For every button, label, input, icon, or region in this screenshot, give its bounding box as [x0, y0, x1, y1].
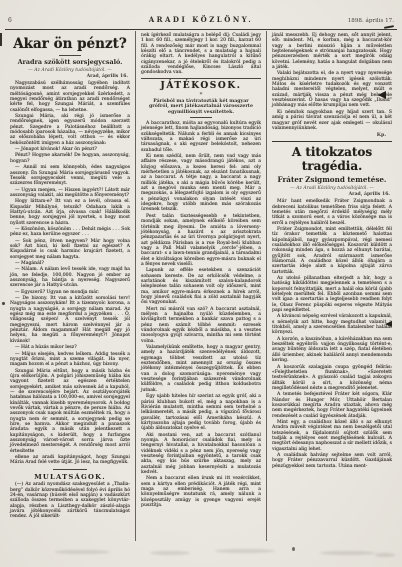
article-body: A baccarathoz, mióta az egyvonalú kultúr…	[141, 121, 261, 508]
article-end-rule	[53, 469, 87, 470]
paragraph: Lapunk az efféle esetekben a szenzációt …	[141, 268, 261, 305]
article-dateline: Arad, április 16.	[272, 192, 390, 197]
article-headline: JÁTÉKOSOK.	[141, 81, 261, 91]
scan-smudge	[320, 551, 375, 555]
page-header: 6 ARADI KÖZLÖNY. 1898. április 17.	[8, 15, 394, 24]
section-body: (—) Az aradi nyomdász szakegyesület a „T…	[10, 482, 130, 519]
paragraph: Nem a baccarat ellen írunk mi itt vezérc…	[141, 476, 261, 508]
paragraph: Egy ujabb hiteles hír szerint az egyik g…	[141, 394, 261, 431]
scan-smudge	[150, 551, 190, 555]
article-signature: Kp.	[272, 132, 392, 138]
article-dateline: Arad, április 16.	[10, 74, 128, 79]
article-headline: Akar ön pénzt?	[10, 36, 130, 52]
column-3: jánál messzebb. Ej dehogy nem, sőt annyi…	[266, 31, 397, 541]
paragraph: — Annál mi sem könnyebb, édes nagyságos …	[10, 165, 130, 186]
paragraph: — Sok pénz, ötven negyven? Már hogy voln…	[10, 239, 130, 260]
paragraph: Pest talán tisztességesebb e tekintetben…	[141, 214, 261, 267]
article-money-swindler: Akar ön pénzt? Aradra szökött sorsjegycs…	[10, 36, 130, 466]
scan-artifact-speck	[292, 547, 295, 551]
paragraph: A korzón, a kaszinóban, a kávéházakban m…	[272, 337, 392, 364]
newspaper-title: ARADI KÖZLÖNY.	[68, 15, 334, 24]
paragraph: — Jónapot kívánok! Akar ön pénzt?	[10, 147, 130, 152]
paragraph: (—) Az aradi nyomdász szakegyesület a „T…	[10, 482, 130, 519]
scan-smudge	[215, 549, 275, 553]
paragraph: Aki mostani ven, azt a baccarat szótlanu…	[141, 433, 261, 476]
article-headline: A titokzatos tragédia.	[272, 145, 392, 173]
section-rule-thick	[272, 141, 392, 142]
article-subtitle: Fráter Zsigmond temetése.	[272, 175, 392, 184]
scan-artifact-dot	[2, 302, 5, 305]
paragraph: A temetés befejeztével Fráter két sógora…	[272, 392, 392, 419]
lead-divider	[190, 117, 212, 118]
scan-artifact-triangle	[378, 91, 386, 99]
paragraph: Az utolsó pillanatban elterjedt a hír, h…	[272, 276, 392, 313]
events-continuation: nek ígérkező mulatságra a belépő díj: Cs…	[141, 33, 261, 76]
gamblers-continuation: jánál messzebb. Ej dehogy nem, sőt annyi…	[272, 33, 392, 131]
paragraph: Mert mi másról van szó? A baccarat aszta…	[141, 307, 261, 344]
paragraph: Már hant emelkedik Fráter Zsigmondnak a …	[272, 199, 392, 226]
article-subtitle: Aradra szökött sorsjegycsaló.	[10, 58, 130, 66]
paragraph: nek ígérkező mulatságra a belépő díj: Cs…	[141, 33, 261, 76]
scan-smudge	[375, 553, 395, 557]
paragraph: Mint egy, a családhoz közel álló s az el…	[272, 420, 392, 452]
paragraph: Nagyszabású szélhámosság ügyében indítot…	[10, 81, 130, 113]
paragraph: A családnak halvány sejtelme sem volt ar…	[272, 453, 392, 469]
paragraph: jánál messzebb. Ej dehogy nem, sőt annyi…	[272, 33, 392, 70]
paragraph: — Hát a húzás mikor lesz?	[10, 345, 130, 350]
paragraph: — Nálam. A nálam levő tessék ide, vagy m…	[10, 267, 130, 288]
page-number: 6	[8, 17, 68, 24]
scan-artifact-edge-bar	[0, 33, 2, 46]
paragraph: — De bizony. Itt van a kitűzött sorsolás…	[10, 296, 130, 344]
article-byline: — Az Aradi Közlöny tudósítójától. —	[272, 186, 392, 191]
paragraph: Valamelyikünk említette, hogy a magyar g…	[141, 345, 261, 393]
star-ornament: *	[141, 92, 261, 98]
article-byline: — Az Aradi Közlöny tudósítójától. —	[10, 68, 130, 73]
newspaper-page: 6 ARADI KÖZLÖNY. 1898. április 17. Akar …	[0, 0, 402, 567]
scan-smudge	[55, 550, 110, 554]
paragraph: — Magánál?	[10, 261, 130, 266]
header-rule	[5, 29, 397, 30]
paragraph: Hogy láttam-e? Itt van ez a levél, olvas…	[10, 199, 130, 226]
issue-date: 1898. április 17.	[334, 18, 394, 24]
article-tragedy: A titokzatos tragédia. Fráter Zsigmond t…	[272, 145, 392, 469]
paragraph: — Ugyan menjen, — Hiszen ingyért?! Látot…	[10, 188, 130, 199]
article-body: Már hant emelkedik Fráter Zsigmondnak a …	[272, 199, 392, 469]
paragraph: A kíváncsi népség ezrével várakozott a k…	[272, 314, 392, 335]
headline-divider	[59, 55, 81, 56]
columns: Akar ön pénzt? Aradra szökött sorsjegycs…	[5, 31, 397, 541]
scan-artifact-triangle	[385, 321, 392, 327]
paragraph: A koszorúk szalagjain csupa gyöngéd felí…	[272, 365, 392, 392]
article-body: Nagyszabású szélhámosság ügyében indítot…	[10, 81, 130, 466]
paragraph: — Május elsején, kedves lelkem. Addig te…	[10, 352, 130, 368]
paragraph: Ki némítok nagyokban egy híjad szert tan…	[272, 110, 392, 131]
column-2: nek ígérkező mulatságra a belépő díj: Cs…	[135, 31, 266, 541]
paragraph: Ki nem szédül, nem őrült, nem vad vagy m…	[141, 154, 261, 213]
paragraph: Pénzt? Hogyne akarnék! De hogyan, asszon…	[10, 153, 130, 164]
section-heading: MULATSÁGOK.	[10, 473, 130, 481]
article-gamblers: JÁTÉKOSOK. * Párisból ma táviratozták ké…	[141, 81, 261, 509]
paragraph: ellene az aradi kapitányságot, hogy Szun…	[10, 455, 130, 466]
paragraph: Szungai Mária, aki régi jó ismerőse a re…	[10, 114, 130, 146]
section-events: MULATSÁGOK. (—) Az aradi nyomdász szakeg…	[10, 473, 130, 520]
paragraph: Valaki bejátszotta el, de a nyert vagy n…	[272, 71, 392, 108]
paragraph: Szungai Mária eltűnt, hogy a másik házba…	[10, 369, 130, 455]
paragraph: A baccarathoz, mióta az egyvonalú kultúr…	[141, 121, 261, 153]
section-rule	[141, 78, 261, 79]
article-lead: Párisból ma táviratozták két magyar gróf…	[145, 99, 257, 115]
paragraph: Fráter Zsigmondot, mint említettük, déle…	[272, 227, 392, 275]
paragraph: — Köszönöm, köszönöm . . . Dehát mégis .…	[10, 227, 130, 238]
paragraph: — Egyszerű? Ugyan ne mondja már.	[10, 290, 130, 295]
column-1: Akar ön pénzt? Aradra szökött sorsjegycs…	[5, 31, 135, 541]
